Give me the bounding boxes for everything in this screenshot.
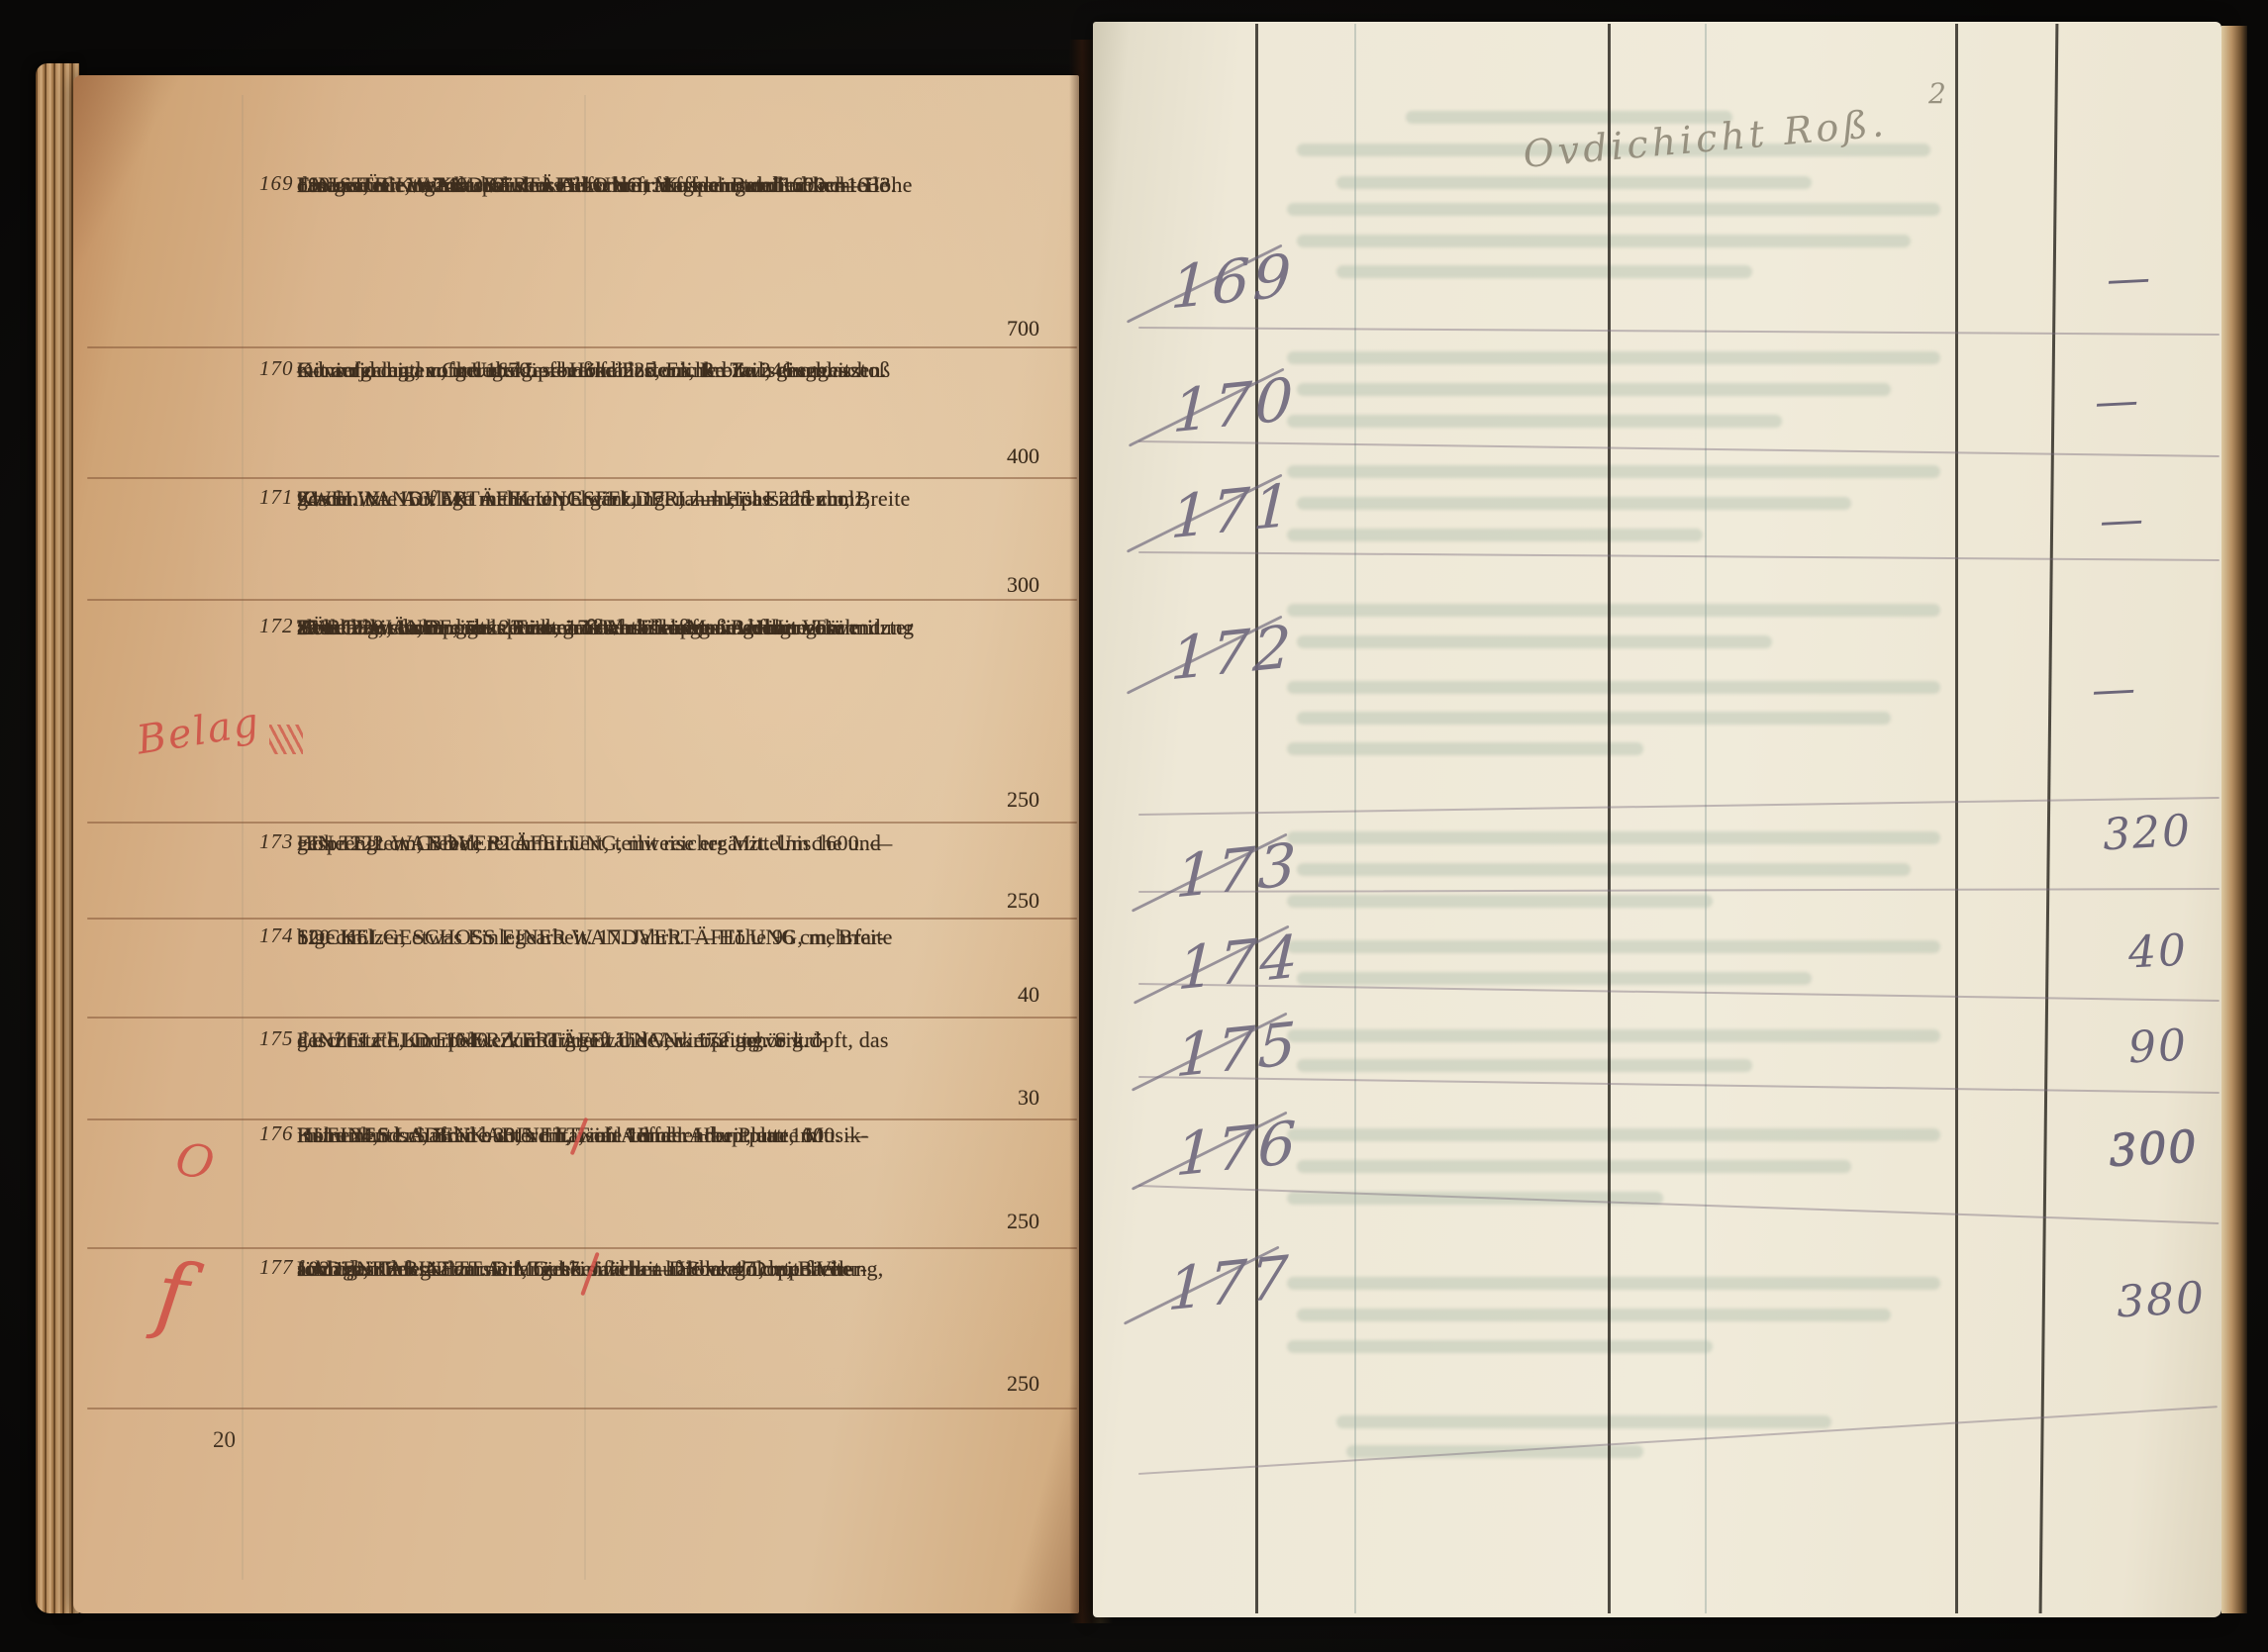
tissue-price: 40 — [2127, 924, 2190, 978]
ghost-text-line — [1287, 529, 1703, 541]
ghost-text-line — [1287, 415, 1782, 428]
ghost-text-line — [1287, 831, 1940, 844]
divider-rule — [87, 822, 1077, 824]
lot-number: 171 — [259, 485, 293, 510]
lot-price: 400 — [1007, 441, 1039, 470]
lot-line: bige Hölzer, etwas Einlegearbeit. 17. Ja… — [297, 923, 893, 951]
ghost-text-line — [1287, 940, 1940, 953]
tissue-price: — — [2094, 375, 2142, 428]
book-scan: 169EIN STÜCK WANDVERTÄFELUNG, fünffach g… — [0, 0, 2268, 1652]
ghost-text-line — [1287, 1128, 1940, 1141]
ghost-text-line — [1297, 1309, 1891, 1321]
tissue-faint-rule — [1354, 24, 1356, 1613]
red-hatch-mark — [269, 725, 303, 754]
ghost-text-line — [1287, 351, 1940, 364]
ghost-text-line — [1297, 1160, 1851, 1173]
ghost-text-line — [1287, 1277, 1940, 1290]
tissue-price: — — [2091, 663, 2139, 716]
tissue-vertical-rule — [1955, 24, 1958, 1613]
tissue-price: 300 — [2108, 1121, 2200, 1177]
ghost-text-line — [1287, 1340, 1713, 1353]
lot-price: 40 — [1018, 980, 1039, 1009]
ghost-text-line — [1297, 497, 1851, 510]
lot-price: 250 — [1007, 1207, 1039, 1235]
tissue-lot-number: 175 — [1174, 1010, 1300, 1092]
divider-rule — [87, 1118, 1077, 1120]
lot-line: 102 cm, Tiefe 42 cm. — [297, 1254, 486, 1283]
lot-price: 300 — [1007, 570, 1039, 599]
tissue-price: — — [2099, 494, 2147, 546]
ghost-text-line — [1287, 681, 1940, 694]
lot-number: 174 — [259, 923, 293, 948]
ghost-text-line — [1287, 1029, 1940, 1042]
lot-price: 30 — [1018, 1083, 1039, 1112]
ghost-text-line — [1336, 265, 1752, 278]
page-edge-right — [2221, 26, 2247, 1613]
lot-number: 176 — [259, 1121, 293, 1146]
lot-line: d e u t s c h, um 1640. Zum Türgewände N… — [297, 1025, 809, 1054]
tissue-lot-number: 176 — [1174, 1109, 1300, 1191]
lot-price: 250 — [1007, 886, 1039, 915]
lot-line: 120 cm. — [297, 923, 368, 951]
ghost-text-line — [1287, 742, 1643, 755]
tissue-lot-number: 171 — [1169, 471, 1295, 553]
lot-number: 172 — [259, 614, 293, 638]
ghost-text-line — [1297, 635, 1772, 648]
ghost-text-line — [1297, 972, 1812, 985]
divider-rule — [87, 918, 1077, 920]
lot-number: 169 — [259, 171, 293, 196]
lot-line: 94 cm. — [297, 484, 357, 513]
lot-price: 700 — [1007, 314, 1039, 342]
lot-line: Kasten Nr. 163. Mit mehreren Ergänzungen… — [297, 484, 910, 513]
lot-number: 173 — [259, 829, 293, 854]
tissue-note-superscript: 2 — [1928, 77, 1946, 110]
ghost-text-line — [1287, 604, 1940, 617]
ghost-text-line — [1287, 465, 1940, 478]
tissue-lot-number: 177 — [1166, 1243, 1292, 1325]
tissue-lot-number: 169 — [1169, 242, 1295, 324]
lot-number: 177 — [259, 1255, 293, 1280]
divider-rule — [87, 1408, 1077, 1409]
lot-number: 170 — [259, 356, 293, 381]
lot-line: 199 cm, Breite 240 cm. — [297, 170, 506, 199]
lot-line: Höhe 222 cm, Breite 82 cm. — [297, 828, 548, 857]
divider-rule — [87, 1017, 1077, 1019]
divider-rule — [87, 599, 1077, 601]
tissue-price: 320 — [2102, 806, 2194, 861]
ghost-text-line — [1287, 203, 1940, 216]
fold-line — [242, 95, 244, 1580]
tissue-lot-number: 172 — [1169, 613, 1295, 695]
divider-rule — [87, 1247, 1077, 1249]
lot-price: 250 — [1007, 1369, 1039, 1398]
tissue-price: 90 — [2127, 1020, 2190, 1073]
tissue-price: — — [2106, 252, 2154, 305]
ghost-text-line — [1297, 383, 1891, 396]
lot-line: 290 cm. — [297, 613, 368, 641]
tissue-price: 380 — [2116, 1273, 2208, 1328]
tissue-faint-rule — [1705, 24, 1707, 1613]
lot-line: O b e r d o n a u, um 1670. — Höhe 235 c… — [297, 355, 832, 384]
lot-line: Höhe 220 cm, Breite 123 cm, äußerer Türr… — [297, 613, 845, 641]
page-number: 20 — [213, 1427, 236, 1453]
tissue-vertical-rule — [1608, 24, 1611, 1613]
ghost-text-line — [1297, 863, 1911, 876]
tissue-lot-number: 173 — [1174, 830, 1300, 913]
tissue-lot-number: 174 — [1176, 923, 1302, 1005]
ghost-text-line — [1336, 176, 1812, 189]
ghost-text-line — [1287, 895, 1713, 908]
ghost-text-line — [1297, 235, 1911, 247]
divider-rule — [87, 477, 1077, 479]
lot-number: 175 — [259, 1026, 293, 1051]
divider-rule — [87, 346, 1077, 348]
lot-price: 250 — [1007, 785, 1039, 814]
ghost-text-line — [1297, 1059, 1752, 1072]
ghost-text-line — [1297, 712, 1891, 725]
ghost-text-line — [1336, 1415, 1831, 1428]
tissue-lot-number: 170 — [1171, 365, 1297, 447]
lot-line: Höhe 24,5 cm, Breite 30,5 cm, Tiefe 18 c… — [297, 1120, 688, 1149]
